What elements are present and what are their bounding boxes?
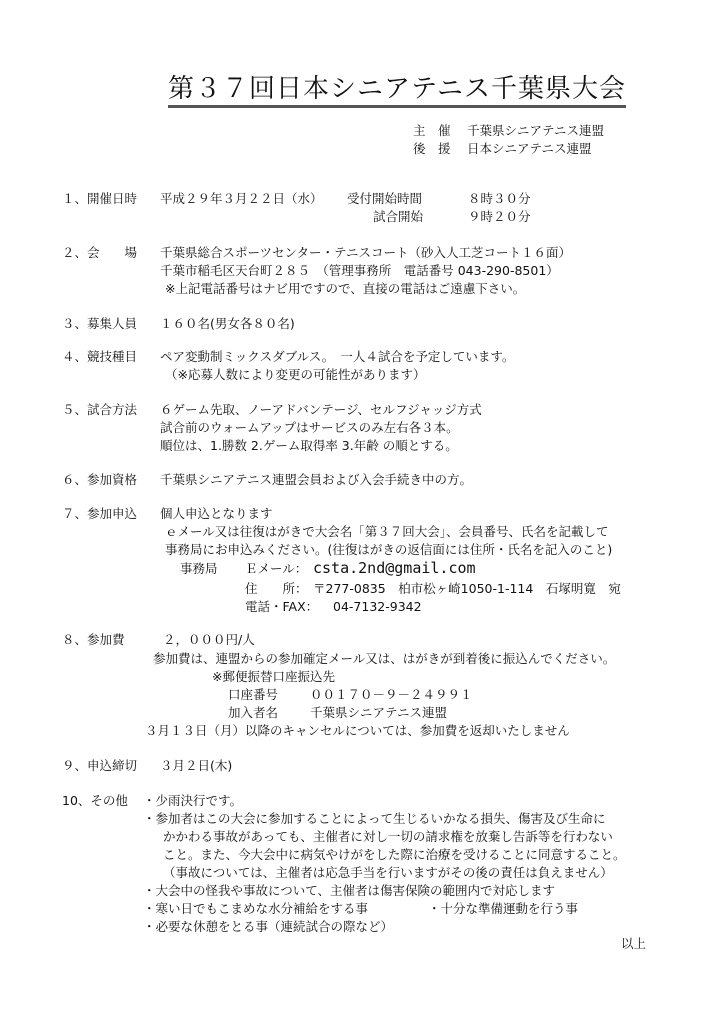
- section-8-label: ８、参加費: [62, 634, 125, 647]
- note-waiver-line-4: （事故については、主催者は応急手当を行いますがその後の責任は負えません）: [163, 867, 613, 880]
- section-2-label: ２、会 場: [62, 247, 137, 260]
- venue-address: 千葉市稲毛区天台町２８５ （管理事務所 電話番号 043-290-8501）: [160, 265, 559, 278]
- phone-label: 電話・FAX：: [245, 601, 318, 614]
- sponsor-organizer-name: 千葉県シニアテニス連盟: [467, 125, 604, 138]
- note-waiver-line-1: ・参加者はこの大会に参加することによって生じるいかなる損失、傷害及び生命に: [143, 813, 606, 826]
- note-warmup: ・十分な準備運動を行う事: [428, 903, 578, 916]
- office-email[interactable]: csta.2nd@gmail.com: [313, 561, 476, 576]
- section-1-label: １、開催日時: [62, 193, 137, 206]
- note-light-rain: ・少雨決行です。: [143, 795, 242, 808]
- note-rest: ・必要な休憩をとる事（連続試合の際など）: [143, 921, 393, 934]
- payment-instructions: 参加費は、連盟からの参加確定メール又は、はがきが到着後に振込んでください。: [153, 653, 615, 666]
- office-label: 事務局: [180, 563, 218, 576]
- entry-fee: ２，０００円/人: [163, 634, 255, 647]
- capacity: １６０名(男女各８０名): [160, 318, 295, 331]
- section-10-label: 10、その他: [62, 795, 128, 808]
- venue-phone-note: ※上記電話番号はナビ用ですので、直接の電話はご遠慮下さい。: [165, 283, 525, 296]
- section-9-label: ９、申込締切: [62, 760, 137, 773]
- reception-label: 受付開始時間: [347, 193, 422, 206]
- section-3-label: ３、募集人員: [62, 318, 137, 331]
- event-type: ペア変動制ミックスダブルス。 一人４試合を予定しています。: [160, 351, 514, 364]
- application-type: 個人申込となります: [160, 508, 273, 521]
- sponsor-organizer-role: 主 催: [413, 125, 451, 138]
- venue-name: 千葉県総合スポーツセンター・テニスコート（砂入人工芝コート１６面）: [160, 247, 571, 260]
- office-address: 〒277-0835 柏市松ヶ崎1050-1-114 石塚明寛 宛: [313, 583, 621, 596]
- sponsor-supporter-role: 後 援: [413, 143, 451, 156]
- section-4-label: ４、競技種目: [62, 351, 137, 364]
- application-instructions: 事務局にお申込みください。(往復はがきの返信面には住所・氏名を記入のこと): [165, 544, 612, 557]
- address-label: 住 所：: [245, 583, 308, 596]
- account-holder-label: 加入者名: [228, 707, 278, 720]
- note-hydration: ・寒い日でもこまめな水分補給をする事: [143, 903, 368, 916]
- match-start-label: 試合開始: [373, 211, 423, 224]
- account-number-label: 口座番号: [228, 689, 278, 702]
- match-start-time: ９時２０分: [468, 211, 531, 224]
- deadline: ３月２日(木): [160, 760, 232, 773]
- note-waiver-line-2: かかわる事故があっても、主催者に対し一切の請求権を放棄し告訴等を行わない: [163, 831, 613, 844]
- office-phone: 04-7132-9342: [333, 601, 422, 614]
- account-holder-name: 千葉県シニアテニス連盟: [310, 707, 447, 720]
- section-7-label: ７、参加申込: [62, 508, 137, 521]
- section-5-label: ５、試合方法: [62, 404, 137, 417]
- note-waiver-line-3: こと。また、今大会中に病気やけがをした際に治療を受けることに同意すること。: [163, 849, 626, 862]
- cancellation-note: ３月１３日（月）以降のキャンセルについては、参加費を返却いたしません: [145, 725, 570, 738]
- closing-mark: 以上: [621, 938, 646, 951]
- ranking-rule: 順位は、1.勝数 2.ゲーム取得率 3.年齢 の順とする。: [160, 440, 458, 453]
- eligibility: 千葉県シニアテニス連盟会員および入会手続き中の方。: [160, 474, 472, 487]
- application-method: ｅメール又は往復はがきで大会名「第３７回大会」、会員番号、氏名を記載して: [165, 526, 609, 539]
- match-format: ６ゲーム先取、ノーアドバンテージ、セルフジャッジ方式: [160, 404, 482, 417]
- warmup-rule: 試合前のウォームアップはサービスのみ左右各３本。: [160, 422, 459, 435]
- event-type-note: （※応募人数により変更の可能性があります）: [165, 369, 425, 382]
- postal-transfer-note: ※郵便振替口座振込先: [212, 671, 335, 684]
- sponsor-supporter-name: 日本シニアテニス連盟: [467, 143, 592, 156]
- email-label: Ｅメール：: [245, 563, 307, 576]
- note-insurance: ・大会中の怪我や事故について、主催者は傷害保険の範囲内で対応します: [143, 885, 555, 898]
- section-6-label: ６、参加資格: [62, 474, 137, 487]
- event-date: 平成２９年３月２２日（水）: [160, 193, 323, 206]
- page-title: 第３７回日本シニアテニス千葉県大会: [168, 76, 626, 108]
- reception-time: ８時３０分: [468, 193, 531, 206]
- account-number: ００１７０－９－２４９９１: [310, 689, 473, 702]
